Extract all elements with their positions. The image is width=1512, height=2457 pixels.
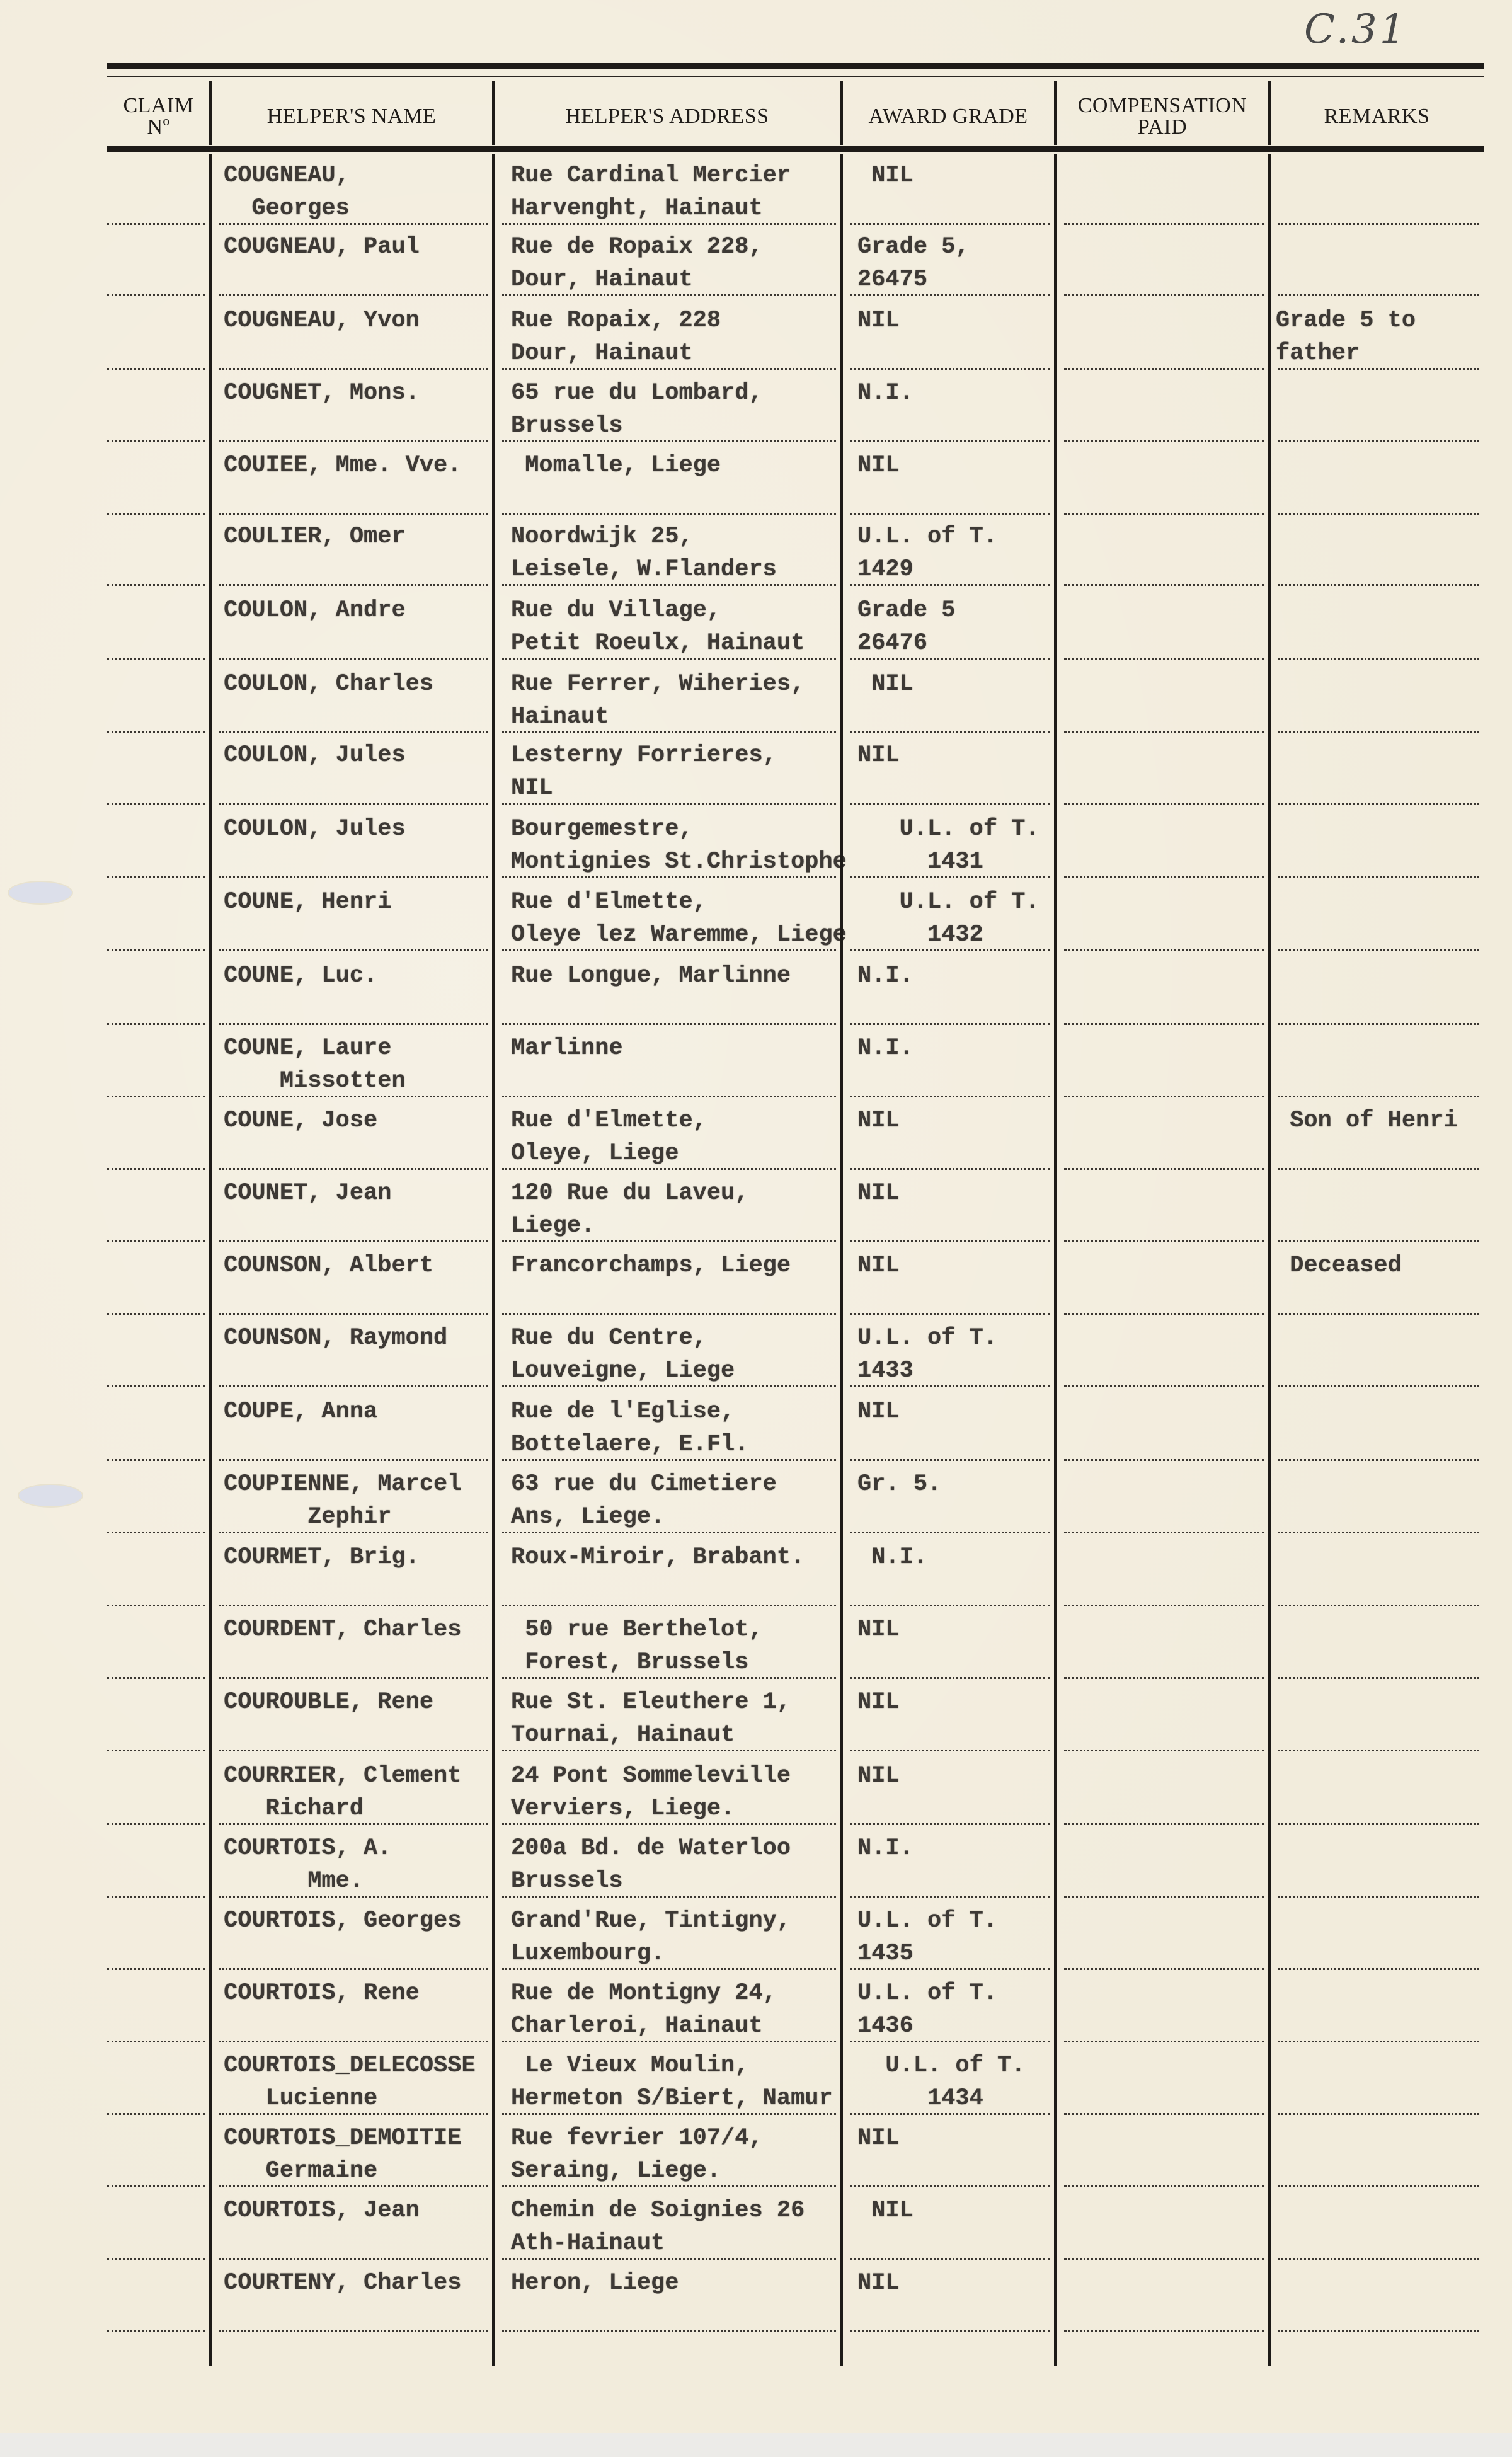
cell-address: Rue St. Eleuthere 1, Tournai, Hainaut <box>511 1686 791 1751</box>
row-divider <box>850 1459 1050 1461</box>
row-divider <box>1064 513 1264 515</box>
row-divider <box>850 1096 1050 1097</box>
row-divider <box>1064 440 1264 442</box>
row-divider <box>219 1896 488 1898</box>
row-divider <box>1278 584 1479 586</box>
row-divider <box>219 2330 488 2332</box>
cell-award: NIL <box>857 1177 900 1210</box>
table-row: COUNSON, AlbertFrancorchamps, LiegeNIL D… <box>0 1244 1512 1315</box>
cell-address: Heron, Liege <box>511 2267 679 2299</box>
row-divider <box>1278 1605 1479 1606</box>
column-divider <box>492 154 495 2366</box>
cell-address: 24 Pont Sommeleville Verviers, Liege. <box>511 1760 791 1825</box>
cell-address: 200a Bd. de Waterloo Brussels <box>511 1832 791 1898</box>
row-divider <box>107 1750 205 1751</box>
row-divider <box>1064 876 1264 878</box>
row-divider <box>850 658 1050 660</box>
table-row: COULIER, OmerNoordwijk 25, Leisele, W.Fl… <box>0 515 1512 587</box>
table-row: COULON, JulesBourgemestre, Montignies St… <box>0 808 1512 879</box>
row-divider <box>1278 223 1479 225</box>
table-row: COURRIER, Clement Richard24 Pont Sommele… <box>0 1755 1512 1826</box>
row-divider <box>107 949 205 951</box>
row-divider <box>1064 1023 1264 1025</box>
table-row: COUROUBLE, ReneRue St. Eleuthere 1, Tour… <box>0 1681 1512 1752</box>
cell-remarks: Deceased <box>1276 1249 1402 1282</box>
column-header-address: HELPER'S ADDRESS <box>493 85 841 148</box>
cell-address: Rue de Montigny 24, Charleroi, Hainaut <box>511 1977 777 2042</box>
row-divider <box>1278 2185 1479 2187</box>
table-row: COULON, JulesLesterny Forrieres, NILNIL <box>0 734 1512 805</box>
row-divider <box>1064 1459 1264 1461</box>
cell-address: Momalle, Liege <box>511 449 721 482</box>
table-row: COURTOIS_DELECOSSE Lucienne Le Vieux Mou… <box>0 2044 1512 2116</box>
row-divider <box>1064 1385 1264 1387</box>
cell-award: Gr. 5. <box>857 1468 941 1501</box>
row-divider <box>1278 440 1479 442</box>
row-divider <box>1064 1240 1264 1242</box>
row-divider <box>502 294 836 296</box>
row-divider <box>219 584 488 586</box>
cell-award: N.I. <box>857 1541 927 1574</box>
row-divider <box>850 1385 1050 1387</box>
column-divider <box>1054 154 1057 2366</box>
table-row: COULON, AndreRue du Village, Petit Roeul… <box>0 589 1512 660</box>
cell-name: COUGNET, Mons. <box>224 377 420 409</box>
row-divider <box>107 2185 205 2187</box>
row-divider <box>1064 2330 1264 2332</box>
row-divider <box>1064 368 1264 370</box>
table-row: COUIEE, Mme. Vve. Momalle, LiegeNIL <box>0 444 1512 515</box>
row-divider <box>502 1532 836 1533</box>
row-divider <box>1064 731 1264 733</box>
row-divider <box>1064 949 1264 951</box>
row-divider <box>1278 949 1479 951</box>
table-row: COURDENT, Charles 50 rue Berthelot, Fore… <box>0 1608 1512 1680</box>
row-divider <box>502 658 836 660</box>
row-divider <box>219 1385 488 1387</box>
row-divider <box>502 2041 836 2042</box>
row-divider <box>502 223 836 225</box>
row-divider <box>107 1313 205 1315</box>
row-divider <box>107 1823 205 1825</box>
cell-award: U.L. of T. 1435 <box>857 1904 997 1970</box>
table-row: COURTOIS, GeorgesGrand'Rue, Tintigny, Lu… <box>0 1899 1512 1971</box>
table-row: COULON, CharlesRue Ferrer, Wiheries, Hai… <box>0 663 1512 734</box>
row-divider <box>107 1385 205 1387</box>
table-row: COURTOIS, JeanChemin de Soignies 26 Ath-… <box>0 2189 1512 2260</box>
cell-remarks: Son of Henri <box>1276 1104 1458 1137</box>
table-row: COURMET, Brig.Roux-Miroir, Brabant. N.I. <box>0 1536 1512 1607</box>
cell-award: NIL <box>857 1249 900 1282</box>
row-divider <box>850 2330 1050 2332</box>
row-divider <box>850 1605 1050 1606</box>
row-divider <box>850 1750 1050 1751</box>
cell-address: Roux-Miroir, Brabant. <box>511 1541 805 1574</box>
row-divider <box>502 368 836 370</box>
cell-address: 63 rue du Cimetiere Ans, Liege. <box>511 1468 777 1533</box>
cell-name: COULON, Charles <box>224 668 433 701</box>
row-divider <box>1278 1168 1479 1170</box>
cell-name: COURTOIS_DEMOITIE Germaine <box>224 2122 461 2187</box>
row-divider <box>1278 1459 1479 1461</box>
cell-address: Rue de l'Eglise, Bottelaere, E.Fl. <box>511 1395 748 1461</box>
row-divider <box>850 2041 1050 2042</box>
row-divider <box>502 2113 836 2115</box>
row-divider <box>219 1750 488 1751</box>
row-divider <box>850 440 1050 442</box>
row-divider <box>850 731 1050 733</box>
cell-address: Rue Ferrer, Wiheries, Hainaut <box>511 668 805 733</box>
cell-name: COURDENT, Charles <box>224 1613 461 1646</box>
table-row: COUPIENNE, Marcel Zephir63 rue du Cimeti… <box>0 1463 1512 1534</box>
cell-award: U.L. of T. 1431 <box>857 813 1039 878</box>
row-divider <box>219 1459 488 1461</box>
row-divider <box>1064 1096 1264 1097</box>
row-divider <box>219 2113 488 2115</box>
table-row: COUNET, Jean120 Rue du Laveu, Liege.NIL <box>0 1172 1512 1243</box>
row-divider <box>107 294 205 296</box>
row-divider <box>1278 1896 1479 1898</box>
row-divider <box>107 1168 205 1170</box>
row-divider <box>219 1168 488 1170</box>
cell-address: Bourgemestre, Montignies St.Christophe <box>511 813 847 878</box>
row-divider <box>219 803 488 805</box>
table-row: COUGNEAU, PaulRue de Ropaix 228, Dour, H… <box>0 226 1512 297</box>
cell-name: COUNET, Jean <box>224 1177 391 1210</box>
row-divider <box>219 949 488 951</box>
row-divider <box>219 876 488 878</box>
row-divider <box>107 1240 205 1242</box>
header-column-divider <box>1054 81 1057 145</box>
cell-award: N.I. <box>857 377 913 409</box>
row-divider <box>502 949 836 951</box>
row-divider <box>107 2258 205 2260</box>
row-divider <box>1064 1823 1264 1825</box>
cell-address: Rue Cardinal Mercier Harvenght, Hainaut <box>511 159 791 225</box>
row-divider <box>1278 2113 1479 2115</box>
page-number: C.31 <box>1304 6 1407 53</box>
row-divider <box>1278 513 1479 515</box>
row-divider <box>1064 1313 1264 1315</box>
row-divider <box>502 2185 836 2187</box>
cell-name: COURRIER, Clement Richard <box>224 1760 461 1825</box>
row-divider <box>219 294 488 296</box>
cell-address: Marlinne <box>511 1032 623 1065</box>
row-divider <box>219 1023 488 1025</box>
cell-award: Grade 5 26476 <box>857 594 955 660</box>
row-divider <box>1278 2258 1479 2260</box>
row-divider <box>219 658 488 660</box>
row-divider <box>1278 294 1479 296</box>
cell-award: N.I. <box>857 1832 913 1865</box>
cell-award: Grade 5, 26475 <box>857 231 970 296</box>
cell-award: N.I. <box>857 1032 913 1065</box>
row-divider <box>1278 1823 1479 1825</box>
cell-award: NIL <box>857 2267 900 2299</box>
row-divider <box>502 1823 836 1825</box>
header-column-divider <box>492 81 495 145</box>
row-divider <box>850 1023 1050 1025</box>
row-divider <box>107 1968 205 1970</box>
table-row: COUNE, HenriRue d'Elmette, Oleye lez War… <box>0 881 1512 952</box>
column-header-remarks: REMARKS <box>1269 85 1484 148</box>
cell-award: NIL <box>857 1395 900 1428</box>
row-divider <box>850 2113 1050 2115</box>
row-divider <box>1278 1532 1479 1533</box>
row-divider <box>219 1677 488 1679</box>
cell-name: COUNE, Luc. <box>224 959 377 992</box>
cell-address: Noordwijk 25, Leisele, W.Flanders <box>511 520 777 586</box>
row-divider <box>1064 1532 1264 1533</box>
cell-name: COUNE, Jose <box>224 1104 377 1137</box>
cell-name: COURTOIS, A. Mme. <box>224 1832 391 1898</box>
header-column-divider <box>840 81 843 145</box>
column-header-claim-no: CLAIM Nº <box>107 85 210 148</box>
row-divider <box>850 1313 1050 1315</box>
row-divider <box>502 440 836 442</box>
row-divider <box>1064 1168 1264 1170</box>
cell-name: COURTENY, Charles <box>224 2267 461 2299</box>
column-header-compensation: COMPENSATION PAID <box>1055 85 1269 148</box>
row-divider <box>1064 2185 1264 2187</box>
row-divider <box>850 1968 1050 1970</box>
table-row: COURTOIS_DEMOITIE GermaineRue fevrier 10… <box>0 2117 1512 2188</box>
cell-award: NIL <box>857 159 913 192</box>
row-divider <box>502 584 836 586</box>
table-row: COUGNET, Mons.65 rue du Lombard, Brussel… <box>0 372 1512 443</box>
row-divider <box>107 223 205 225</box>
document-page: C.31 CLAIM NºHELPER'S NAMEHELPER'S ADDRE… <box>0 0 1512 2433</box>
cell-award: NIL <box>857 739 900 772</box>
row-divider <box>1064 584 1264 586</box>
row-divider <box>219 731 488 733</box>
cell-name: COULON, Andre <box>224 594 406 627</box>
row-divider <box>219 513 488 515</box>
cell-award: U.L. of T. 1432 <box>857 886 1039 951</box>
row-divider <box>107 1677 205 1679</box>
table-row: COURTOIS, ReneRue de Montigny 24, Charle… <box>0 1972 1512 2043</box>
row-divider <box>502 2330 836 2332</box>
row-divider <box>1064 2113 1264 2115</box>
row-divider <box>219 2185 488 2187</box>
row-divider <box>1064 2041 1264 2042</box>
cell-address: 50 rue Berthelot, Forest, Brussels <box>511 1613 763 1679</box>
column-divider <box>209 154 212 2366</box>
row-divider <box>1278 1023 1479 1025</box>
row-divider <box>1064 2258 1264 2260</box>
cell-address: 120 Rue du Laveu, Liege. <box>511 1177 748 1242</box>
row-divider <box>107 513 205 515</box>
cell-name: COUNSON, Raymond <box>224 1322 447 1354</box>
row-divider <box>1064 294 1264 296</box>
row-divider <box>107 1096 205 1097</box>
cell-name: COUROUBLE, Rene <box>224 1686 433 1719</box>
row-divider <box>1278 876 1479 878</box>
table-row: COUNE, Luc.Rue Longue, MarlinneN.I. <box>0 954 1512 1026</box>
row-divider <box>1064 1605 1264 1606</box>
row-divider <box>219 1605 488 1606</box>
row-divider <box>850 803 1050 805</box>
row-divider <box>107 1023 205 1025</box>
cell-award: NIL <box>857 449 900 482</box>
table-row: COURTOIS, A. Mme.200a Bd. de Waterloo Br… <box>0 1827 1512 1898</box>
table-row: COUGNEAU, YvonRue Ropaix, 228 Dour, Hain… <box>0 299 1512 370</box>
cell-address: 65 rue du Lombard, Brussels <box>511 377 763 442</box>
cell-name: COURTOIS, Georges <box>224 1904 461 1937</box>
row-divider <box>1278 1096 1479 1097</box>
column-header-name: HELPER'S NAME <box>210 85 493 148</box>
cell-award: NIL <box>857 2122 900 2155</box>
row-divider <box>1278 1240 1479 1242</box>
row-divider <box>850 1823 1050 1825</box>
row-divider <box>107 1605 205 1606</box>
cell-address: Le Vieux Moulin, Hermeton S/Biert, Namur <box>511 2049 833 2115</box>
row-divider <box>1278 1968 1479 1970</box>
table-row: COUPE, AnnaRue de l'Eglise, Bottelaere, … <box>0 1390 1512 1462</box>
row-divider <box>1278 2041 1479 2042</box>
row-divider <box>1278 1677 1479 1679</box>
column-divider <box>1268 154 1271 2366</box>
row-divider <box>107 803 205 805</box>
cell-name: COURTOIS, Jean <box>224 2194 420 2227</box>
cell-name: COULON, Jules <box>224 739 406 772</box>
cell-address: Rue d'Elmette, Oleye lez Waremme, Liege <box>511 886 847 951</box>
row-divider <box>502 1459 836 1461</box>
row-divider <box>219 368 488 370</box>
row-divider <box>1278 1313 1479 1315</box>
row-divider <box>850 1168 1050 1170</box>
row-divider <box>502 731 836 733</box>
cell-remarks: Grade 5 to father <box>1276 304 1416 370</box>
row-divider <box>107 1459 205 1461</box>
row-divider <box>850 2185 1050 2187</box>
row-divider <box>1064 803 1264 805</box>
cell-award: NIL <box>857 304 900 337</box>
row-divider <box>107 440 205 442</box>
cell-award: N.I. <box>857 959 913 992</box>
row-divider <box>1064 1896 1264 1898</box>
cell-name: COULON, Jules <box>224 813 406 845</box>
cell-address: Grand'Rue, Tintigny, Luxembourg. <box>511 1904 791 1970</box>
row-divider <box>850 949 1050 951</box>
row-divider <box>219 1532 488 1533</box>
cell-name: COURMET, Brig. <box>224 1541 420 1574</box>
row-divider <box>502 1750 836 1751</box>
cell-award: U.L. of T. 1436 <box>857 1977 997 2042</box>
cell-award: NIL <box>857 668 913 701</box>
row-divider <box>502 1605 836 1606</box>
cell-name: COUNE, Henri <box>224 886 391 919</box>
cell-award: U.L. of T. 1433 <box>857 1322 997 1387</box>
header-thin-rule <box>107 76 1484 77</box>
row-divider <box>219 1823 488 1825</box>
cell-name: COUGNEAU, Yvon <box>224 304 420 337</box>
cell-address: Francorchamps, Liege <box>511 1249 791 1282</box>
row-divider <box>850 1896 1050 1898</box>
row-divider <box>850 584 1050 586</box>
column-divider <box>840 154 843 2366</box>
row-divider <box>219 1968 488 1970</box>
row-divider <box>219 1313 488 1315</box>
row-divider <box>502 876 836 878</box>
row-divider <box>850 513 1050 515</box>
row-divider <box>1278 803 1479 805</box>
table-row: COUNE, Laure MissottenMarlinneN.I. <box>0 1027 1512 1098</box>
row-divider <box>107 368 205 370</box>
row-divider <box>502 1096 836 1097</box>
cell-name: COURTOIS, Rene <box>224 1977 420 2010</box>
cell-address: Chemin de Soignies 26 Ath-Hainaut <box>511 2194 805 2260</box>
row-divider <box>107 731 205 733</box>
row-divider <box>502 1240 836 1242</box>
row-divider <box>502 1385 836 1387</box>
table-row: COUGNEAU, GeorgesRue Cardinal Mercier Ha… <box>0 154 1512 226</box>
row-divider <box>1278 658 1479 660</box>
row-divider <box>219 223 488 225</box>
row-divider <box>502 2258 836 2260</box>
row-divider <box>1278 368 1479 370</box>
row-divider <box>1064 1968 1264 1970</box>
cell-name: COUPIENNE, Marcel Zephir <box>224 1468 461 1533</box>
cell-address: Rue Longue, Marlinne <box>511 959 791 992</box>
row-divider <box>850 2258 1050 2260</box>
row-divider <box>219 440 488 442</box>
cell-award: NIL <box>857 2194 913 2227</box>
row-divider <box>107 658 205 660</box>
cell-name: COUPE, Anna <box>224 1395 377 1428</box>
row-divider <box>1278 731 1479 733</box>
table-row: COUNE, JoseRue d'Elmette, Oleye, LiegeNI… <box>0 1099 1512 1171</box>
row-divider <box>502 1023 836 1025</box>
cell-address: Lesterny Forrieres, NIL <box>511 739 777 805</box>
row-divider <box>107 1532 205 1533</box>
cell-award: NIL <box>857 1686 900 1719</box>
row-divider <box>502 803 836 805</box>
row-divider <box>107 2113 205 2115</box>
row-divider <box>107 2330 205 2332</box>
cell-award: U.L. of T. 1429 <box>857 520 997 586</box>
row-divider <box>219 2258 488 2260</box>
cell-award: NIL <box>857 1613 900 1646</box>
row-divider <box>502 1168 836 1170</box>
row-divider <box>502 1677 836 1679</box>
cell-name: COUGNEAU, Georges <box>224 159 350 225</box>
cell-address: Rue Ropaix, 228 Dour, Hainaut <box>511 304 721 370</box>
row-divider <box>850 1677 1050 1679</box>
cell-name: COUNSON, Albert <box>224 1249 433 1282</box>
row-divider <box>107 876 205 878</box>
row-divider <box>1064 658 1264 660</box>
cell-address: Rue de Ropaix 228, Dour, Hainaut <box>511 231 763 296</box>
cell-name: COUNE, Laure Missotten <box>224 1032 406 1097</box>
cell-award: U.L. of T. 1434 <box>857 2049 1025 2115</box>
row-divider <box>850 876 1050 878</box>
cell-award: NIL <box>857 1104 900 1137</box>
row-divider <box>850 368 1050 370</box>
row-divider <box>107 1896 205 1898</box>
row-divider <box>1064 1750 1264 1751</box>
cell-address: Rue fevrier 107/4, Seraing, Liege. <box>511 2122 763 2187</box>
row-divider <box>1278 2330 1479 2332</box>
row-divider <box>850 223 1050 225</box>
cell-name: COUGNEAU, Paul <box>224 231 420 263</box>
cell-address: Rue du Village, Petit Roeulx, Hainaut <box>511 594 805 660</box>
row-divider <box>1064 1677 1264 1679</box>
cell-name: COURTOIS_DELECOSSE Lucienne <box>224 2049 476 2115</box>
row-divider <box>107 584 205 586</box>
row-divider <box>1064 223 1264 225</box>
table-row: COURTENY, CharlesHeron, LiegeNIL <box>0 2262 1512 2333</box>
